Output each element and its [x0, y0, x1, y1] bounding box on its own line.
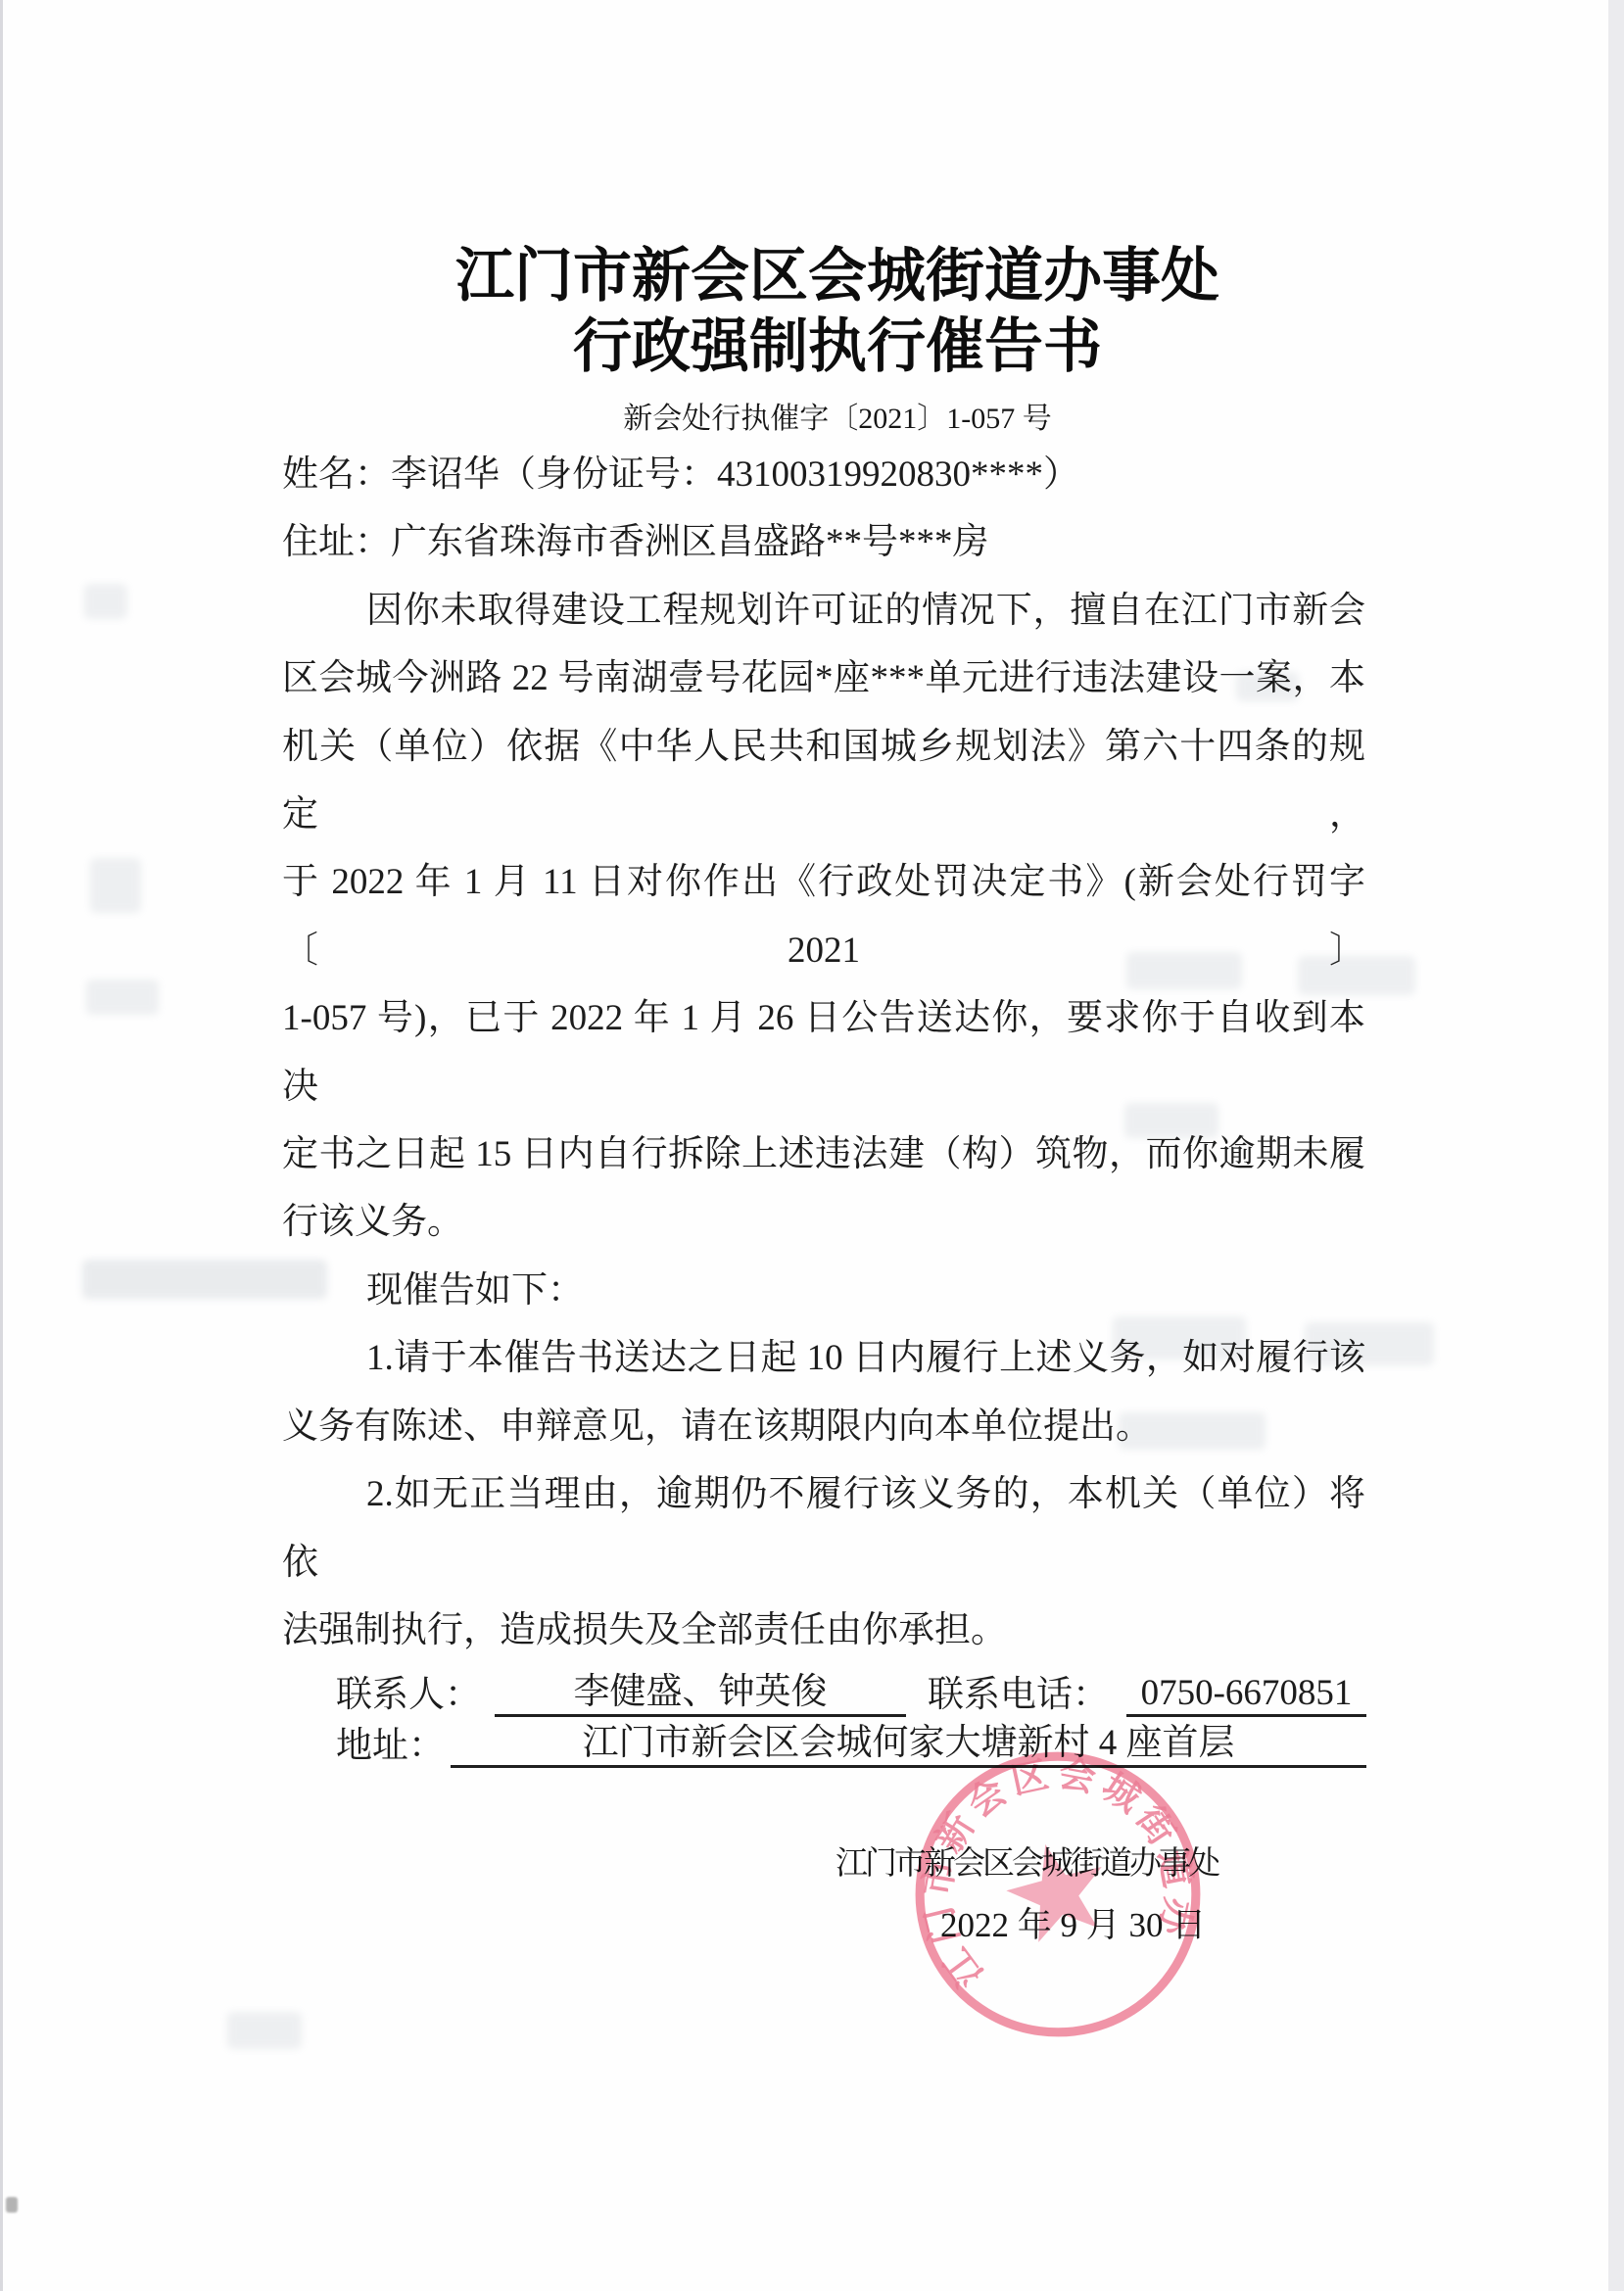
contact-phone-label: 联系电话： [928, 1664, 1109, 1717]
paragraph-line: 义务有陈述、申辩意见，请在该期限内向本单位提出。 [282, 1393, 1365, 1460]
office-address-value: 江门市新会区会城何家大塘新村 4 座首层 [451, 1712, 1366, 1768]
paragraph-line: 现催告如下： [282, 1257, 1365, 1324]
paragraph-line: 于 2022 年 1 月 11 日对你作出《行政处罚决定书》(新会处行罚字〔20… [282, 848, 1365, 984]
contact-block: 联系人： 李健盛、钟英俊 联系电话： 0750-6670851 地址： 江门市新… [336, 1666, 1366, 1768]
document-header: 江门市新会区会城街道办事处 行政强制执行催告书 新会处行执催字〔2021〕1-0… [25, 241, 1624, 437]
recipient-address-line: 住址：广东省珠海市香洲区昌盛路**号***房 [282, 508, 1365, 576]
recipient-name-line: 姓名：李诏华（身份证号：43100319920830****） [282, 441, 1365, 508]
official-red-seal: 江门市新会区会城街道办事处 [878, 1714, 1239, 2076]
bleedthrough-artifact [90, 858, 141, 913]
document-title: 行政强制执行催告书 [25, 311, 1624, 382]
contact-person-value: 李健盛、钟英俊 [495, 1661, 906, 1717]
scan-speck [6, 2197, 18, 2213]
paragraph-line: 2.如无正当理由，逾期仍不履行该义务的，本机关（单位）将依 [282, 1460, 1365, 1597]
contact-row: 联系人： 李健盛、钟英俊 联系电话： 0750-6670851 [336, 1666, 1366, 1717]
paragraph-line: 定书之日起 15 日内自行拆除上述违法建（构）筑物，而你逾期未履 [282, 1121, 1365, 1188]
address-row: 地址： 江门市新会区会城何家大塘新村 4 座首层 [336, 1717, 1366, 1768]
paragraph-line: 1-057 号)，已于 2022 年 1 月 26 日公告送达你，要求你于自收到… [282, 984, 1365, 1121]
paragraph-line: 1.请于本催告书送达之日起 10 日内履行上述义务，如对履行该 [282, 1324, 1365, 1392]
contact-phone-value: 0750-6670851 [1126, 1672, 1366, 1717]
scan-left-edge [0, 0, 3, 2291]
paragraph-line: 区会城今洲路 22 号南湖壹号花园*座***单元进行违法建设一案，本 [282, 644, 1365, 712]
document-body: 姓名：李诏华（身份证号：43100319920830****） 住址：广东省珠海… [282, 441, 1365, 1664]
paragraph-line: 因你未取得建设工程规划许可证的情况下，擅自在江门市新会 [282, 577, 1365, 644]
paragraph-line: 行该义务。 [282, 1188, 1365, 1256]
office-address-label: 地址： [336, 1715, 445, 1768]
bleedthrough-artifact [84, 584, 127, 619]
paragraph-line: 机关（单位）依据《中华人民共和国城乡规划法》第六十四条的规定， [282, 713, 1365, 849]
scanned-document-page: 江门市新会区会城街道办事处 行政强制执行催告书 新会处行执催字〔2021〕1-0… [0, 0, 1624, 2291]
seal-star-icon [998, 1833, 1116, 1947]
paragraph-line: 法强制执行，造成损失及全部责任由你承担。 [282, 1597, 1365, 1664]
bleedthrough-artifact [86, 979, 159, 1015]
contact-person-label: 联系人： [336, 1664, 481, 1717]
document-number: 新会处行执催字〔2021〕1-057 号 [25, 394, 1624, 437]
bleedthrough-artifact [227, 2012, 302, 2049]
org-title: 江门市新会区会城街道办事处 [25, 241, 1624, 311]
